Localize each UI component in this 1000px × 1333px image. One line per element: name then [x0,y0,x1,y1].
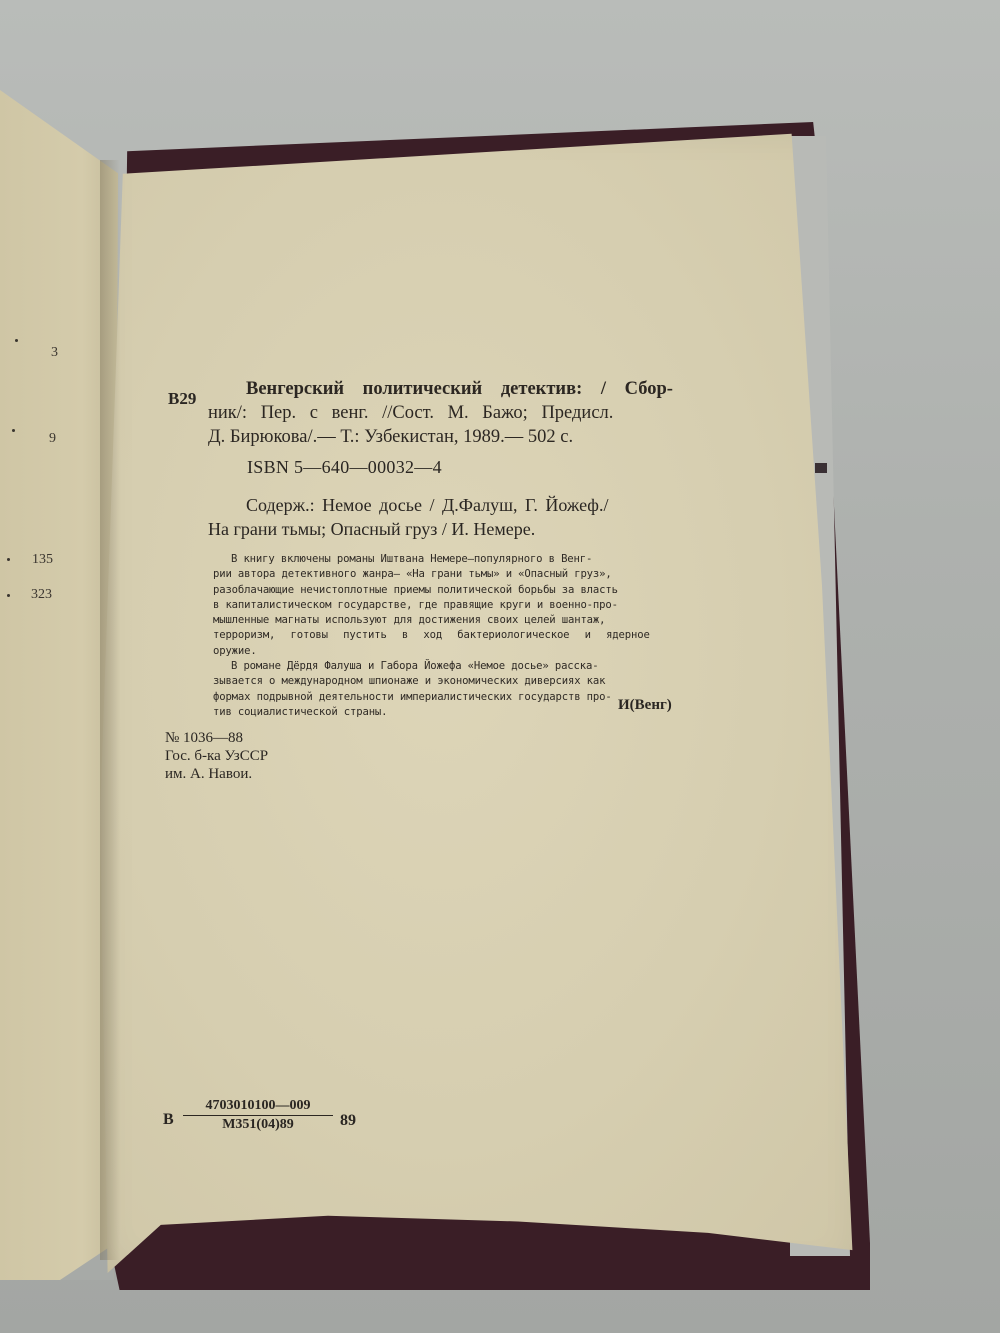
index-denominator: М351(04)89 [183,1116,333,1133]
annotation-line: мышленные магнаты используют для достиже… [213,613,650,628]
bib-line-2: ник/: Пер. с венг. //Сост. М. Бажо; Пред… [208,401,673,425]
annotation-line: В книгу включены романы Иштвана Немере—п… [213,552,650,567]
annotation-line: В романе Дёрдя Фалуша и Габора Йожефа «Н… [213,659,650,674]
annotation-line: разоблачающие нечистоплотные приемы поли… [213,583,650,598]
index-fraction: 4703010100—009 М351(04)89 [183,1098,333,1133]
annotation-line: оружие. [213,644,650,659]
annotation-line: зывается о международном шпионаже и экон… [213,674,650,689]
toc-page-number: 3 [51,345,58,361]
index-year: 89 [340,1112,356,1130]
isbn: ISBN 5—640—00032—4 [247,457,442,478]
annotation-line: тив социалистической страны. [213,705,650,720]
annotation: В книгу включены романы Иштвана Немере—п… [213,552,650,720]
bibliographic-entry: Венгерский политический детектив: / Сбор… [210,377,673,449]
index-letter: В [163,1111,174,1129]
contents-entry: Содерж.: Немое досье / Д.Фалуш, Г. Йожеф… [208,493,608,541]
classification-code: В29 [168,389,196,409]
contents-line-1: Содерж.: Немое досье / Д.Фалуш, Г. Йожеф… [208,493,608,517]
bib-line-1: Венгерский политический детектив: / Сбор… [210,377,673,401]
toc-page-number: 9 [49,431,56,447]
annotation-line: формах подрывной деятельности империалис… [213,690,650,705]
library-name: Гос. б-ка УзССР [165,747,268,765]
library-named-after: им. А. Навои. [165,765,268,783]
toc-page-number: 135 [32,552,53,568]
bib-line-3: Д. Бирюкова/.— Т.: Узбекистан, 1989.— 50… [208,425,673,449]
toc-leader-dot [12,429,15,432]
toc-leader-dot [7,558,10,561]
annotation-line: в капиталистическом государстве, где пра… [213,598,650,613]
gutter-shadow [100,160,120,1260]
bookmark-tab [815,463,827,473]
library-number: № 1036—88 [165,729,268,747]
library-info: № 1036—88 Гос. б-ка УзССР им. А. Навои. [165,729,268,783]
index-numerator: 4703010100—009 [183,1098,333,1116]
toc-leader-dot [15,339,18,342]
language-mark: И(Венг) [618,697,672,714]
toc-page-number: 323 [31,587,52,603]
contents-line-2: На грани тьмы; Опасный груз / И. Немере. [208,517,608,541]
annotation-line: рии автора детективного жанра— «На грани… [213,567,650,582]
book-photo: 3 9 135 323 В29 Венгерский политический … [0,0,1000,1333]
annotation-line: терроризм, готовы пустить в ход бактерио… [213,628,650,643]
toc-leader-dot [7,594,10,597]
